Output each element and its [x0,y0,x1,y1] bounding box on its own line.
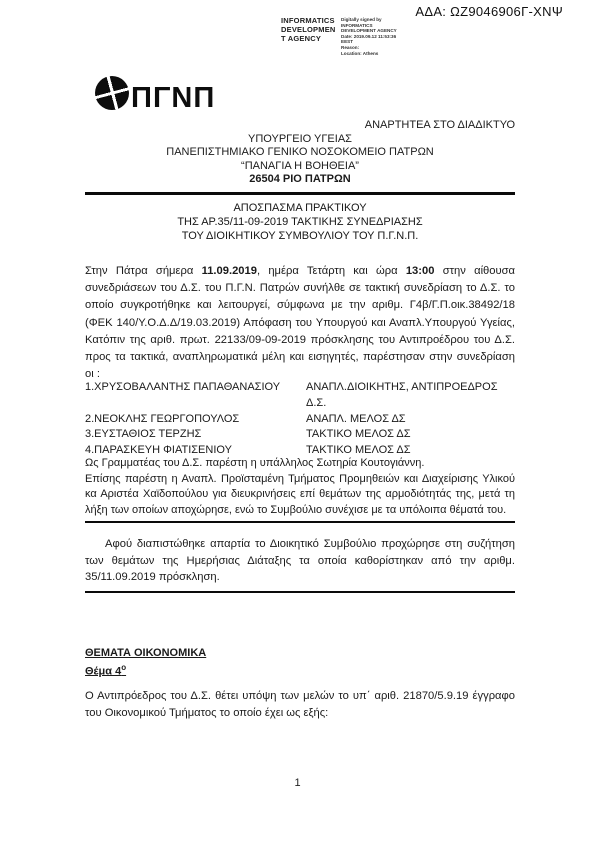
logo-acronym: ΠΓΝΠ [131,87,215,110]
quorum-paragraph: Αφού διαπιστώθηκε απαρτία το Διοικητικό … [85,536,515,586]
hospital-line: ΠΑΝΕΠΙΣΤΗΜΙΑΚΟ ΓΕΝΙΚΟ ΝΟΣΟΚΟΜΕΙΟ ΠΑΤΡΩΝ [85,146,515,160]
digital-signature-stamp: INFORMATICS DEVELOPMEN T AGENCY Digitall… [281,16,411,56]
address-line: 26504 ΡΙΟ ΠΑΤΡΩΝ [85,173,515,187]
attendance-paragraph: Ως Γραμματέας του Δ.Σ. παρέστη η υπάλληλ… [85,456,515,518]
signature-agency-name: INFORMATICS DEVELOPMEN T AGENCY [281,16,337,56]
member-name: 1.ΧΡΥΣΟΒΑΛΑΝΤΗΣ ΠΑΠΑΘΑΝΑΣΙΟΥ [85,380,306,412]
member-role: ΤΑΚΤΙΚΟ ΜΕΛΟΣ ΔΣ [306,427,515,443]
member-row: 3.ΕΥΣΤΑΘΙΟΣ ΤΕΡΖΗΣ ΤΑΚΤΙΚΟ ΜΕΛΟΣ ΔΣ [85,427,515,443]
members-list: 1.ΧΡΥΣΟΒΑΛΑΝΤΗΣ ΠΑΠΑΘΑΝΑΣΙΟΥ ΑΝΑΠΛ.ΔΙΟΙΚ… [85,380,515,459]
member-row: 1.ΧΡΥΣΟΒΑΛΑΝΤΗΣ ΠΑΠΑΘΑΝΑΣΙΟΥ ΑΝΑΠΛ.ΔΙΟΙΚ… [85,380,515,412]
page-number: 1 [0,777,595,789]
intro-paragraph: Στην Πάτρα σήμερα 11.09.2019, ημέρα Τετά… [85,263,515,383]
document-title: ΑΠΟΣΠΑΣΜΑ ΠΡΑΚΤΙΚΟΥ ΤΗΣ ΑΡ.35/11-09-2019… [85,201,515,243]
topics-section-heading: ΘΕΜΑΤΑ ΟΙΚΟΝΟΜΙΚΑ [85,646,515,661]
member-name: 3.ΕΥΣΤΑΘΙΟΣ ΤΕΡΖΗΣ [85,427,306,443]
horizontal-divider [85,591,515,593]
title-line-2: ΤΗΣ ΑΡ.35/11-09-2019 ΤΑΚΤΙΚΗΣ ΣΥΝΕΔΡΙΑΣΗ… [85,215,515,229]
web-posting-note: ΑΝΑΡΤΗΤΕΑ ΣΤΟ ΔΙΑΔΙΚΤΥΟ [85,119,515,133]
ada-code: ΑΔΑ: ΩΖ9046906Γ-ΧΝΨ [415,4,563,19]
title-line-1: ΑΠΟΣΠΑΣΜΑ ΠΡΑΚΤΙΚΟΥ [85,201,515,215]
signature-details: Digitally signed by INFORMATICS DEVELOPM… [341,16,411,56]
meeting-time: 13:00 [406,265,435,277]
member-row: 2.ΝΕΟΚΛΗΣ ΓΕΩΡΓΟΠΟΥΛΟΣ ΑΝΑΠΛ. ΜΕΛΟΣ ΔΣ [85,412,515,428]
member-role: ΑΝΑΠΛ. ΜΕΛΟΣ ΔΣ [306,412,515,428]
ministry-line: ΥΠΟΥΡΓΕΙΟ ΥΓΕΙΑΣ [85,133,515,147]
member-role: ΑΝΑΠΛ.ΔΙΟΙΚΗΤΗΣ, ΑΝΤΙΠΡΟΕΔΡΟΣ Δ.Σ. [306,380,515,412]
topic-number-heading: Θέμα 4ο [85,661,515,679]
meeting-date: 11.09.2019 [202,265,257,277]
title-line-3: ΤΟΥ ΔΙΟΙΚΗΤΙΚΟΥ ΣΥΜΒΟΥΛΙΟΥ ΤΟΥ Π.Γ.Ν.Π. [85,229,515,243]
also-present-line: Επίσης παρέστη η Αναπλ. Προϊσταμένη Τμήμ… [85,472,515,519]
secretary-line: Ως Γραμματέας του Δ.Σ. παρέστη η υπάλληλ… [85,456,515,472]
logo-circle-icon [95,76,129,110]
document-page: ΑΔΑ: ΩΖ9046906Γ-ΧΝΨ INFORMATICS DEVELOPM… [0,0,595,842]
topic-intro-paragraph: Ο Αντιπρόεδρος του Δ.Σ. θέτει υπόψη των … [85,688,515,722]
horizontal-divider [85,521,515,523]
document-header: ΑΝΑΡΤΗΤΕΑ ΣΤΟ ΔΙΑΔΙΚΤΥΟ ΥΠΟΥΡΓΕΙΟ ΥΓΕΙΑΣ… [85,119,515,195]
hospital-name-line: “ΠΑΝΑΓΙΑ Η ΒΟΗΘΕΙΑ” [85,160,515,174]
hospital-logo: ΠΓΝΠ [95,76,215,110]
topics-section: ΘΕΜΑΤΑ ΟΙΚΟΝΟΜΙΚΑ Θέμα 4ο [85,646,515,679]
member-name: 2.ΝΕΟΚΛΗΣ ΓΕΩΡΓΟΠΟΥΛΟΣ [85,412,306,428]
